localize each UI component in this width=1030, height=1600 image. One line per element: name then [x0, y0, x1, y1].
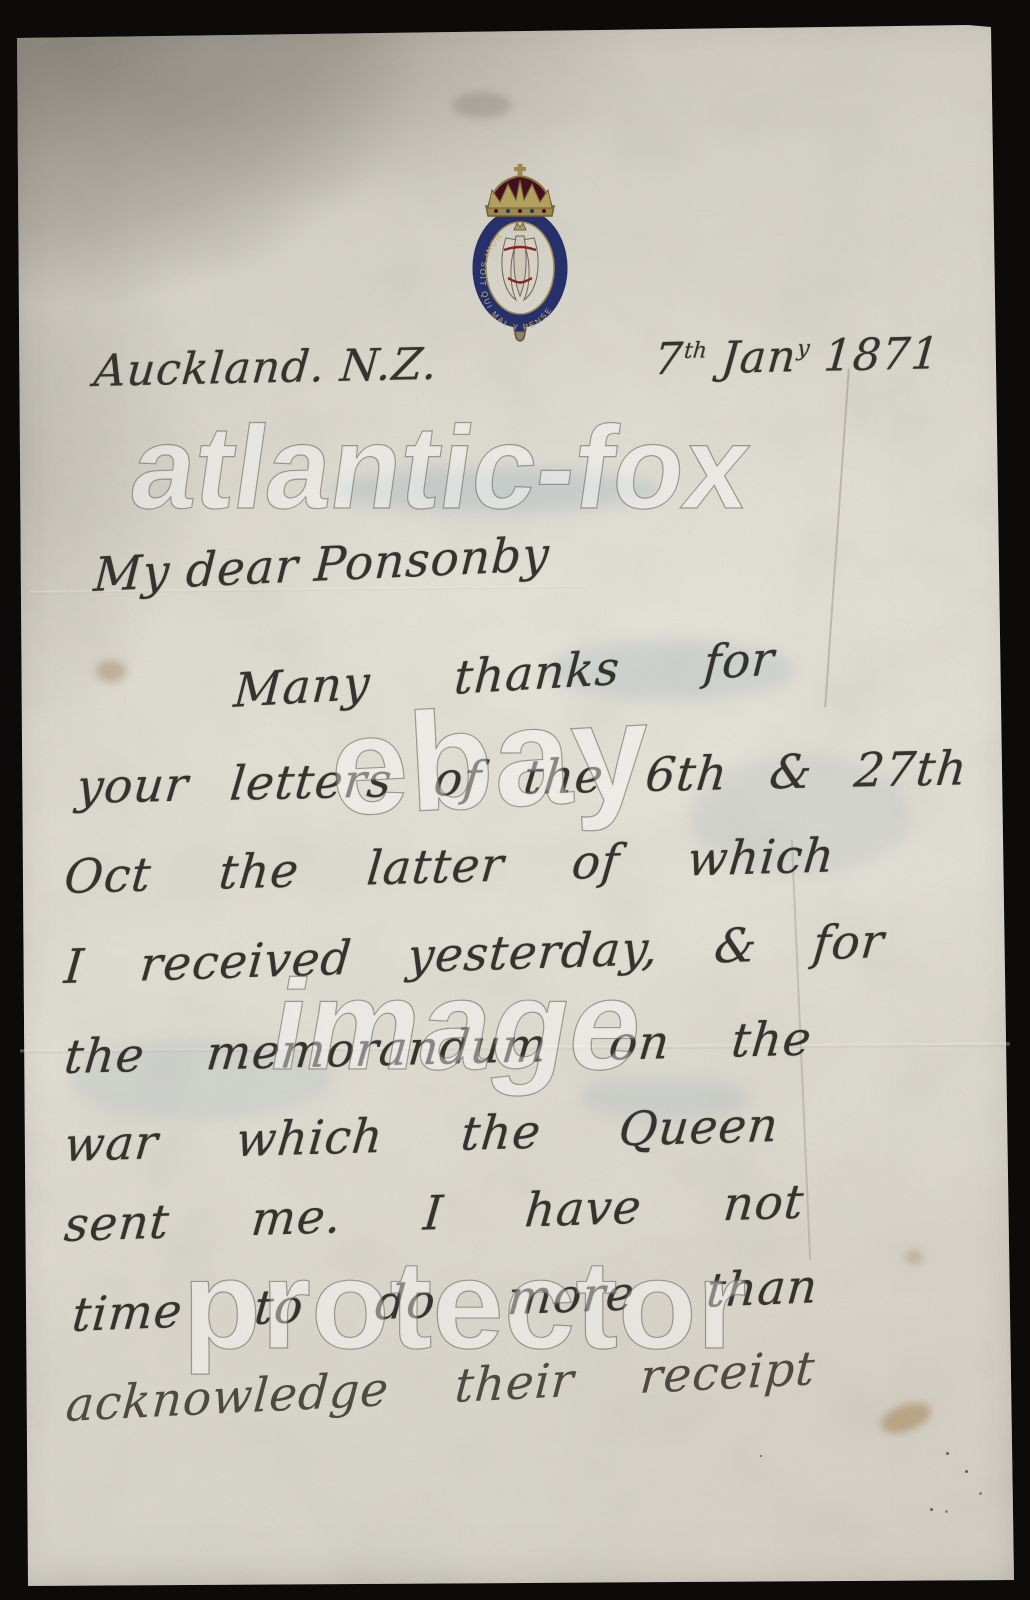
foxing-speck [946, 1452, 949, 1455]
foxing-speck [965, 1470, 968, 1473]
royal-cypher-monogram [502, 223, 538, 305]
crown-icon [486, 164, 554, 216]
garter-crest-icon: HONI SOIT QUI MAL Y PENSE [458, 150, 582, 346]
brown-stain [96, 660, 126, 682]
ink-showthrough [330, 468, 660, 512]
place-written: Auckland. N.Z. [92, 339, 440, 397]
foxing-speck [930, 1508, 933, 1511]
letter-scan: HONI SOIT QUI MAL Y PENSE Auckland. N.Z [0, 0, 1030, 1600]
gray-smudge [452, 92, 512, 118]
brown-stain [905, 1250, 923, 1264]
foxing-speck [760, 1455, 762, 1457]
date-written: 7th Jany 1871 [652, 328, 942, 385]
